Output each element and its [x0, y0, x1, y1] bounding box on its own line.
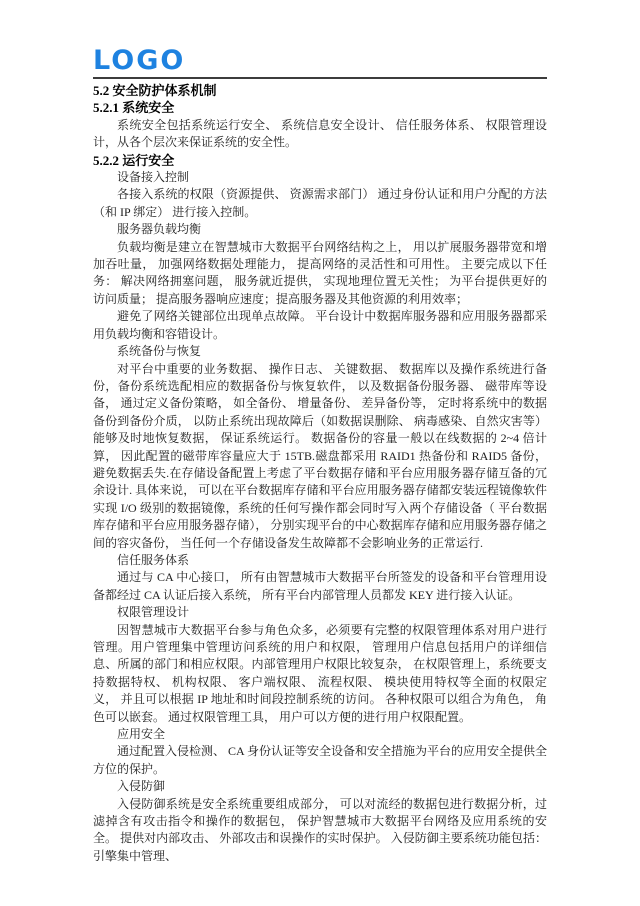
inline-heading: 应用安全 [93, 726, 547, 743]
page-content: LOGO 5.2 安全防护体系机制5.2.1 系统安全系统安全包括系统运行安全、… [93, 46, 547, 865]
inline-heading: 系统备份与恢复 [93, 343, 547, 360]
paragraph: 通过配置入侵检测、 CA 身份认证等安全设备和安全措施为平台的应用安全提供全方位… [93, 743, 547, 778]
section-heading: 5.2 安全防护体系机制 [93, 82, 547, 99]
inline-heading: 服务器负载均衡 [93, 221, 547, 238]
inline-heading: 信任服务体系 [93, 552, 547, 569]
sub-section-heading: 5.2.1 系统安全 [93, 99, 547, 116]
paragraph: 负载均衡是建立在智慧城市大数据平台网络结构之上， 用以扩展服务器带宽和增加吞吐量… [93, 239, 547, 309]
paragraph: 系统安全包括系统运行安全、 系统信息安全设计、 信任服务体系、 权限管理设计，从… [93, 117, 547, 152]
paragraph: 因智慧城市大数据平台参与角色众多，必须要有完整的权限管理体系对用户进行管理。用户… [93, 622, 547, 726]
paragraph: 对平台中重要的业务数据、 操作日志、 关键数据、 数据库以及操作系统进行备份，备… [93, 361, 547, 552]
document-page: LOGO 5.2 安全防护体系机制5.2.1 系统安全系统安全包括系统运行安全、… [0, 0, 640, 906]
sub-section-heading: 5.2.2 运行安全 [93, 152, 547, 169]
inline-heading: 权限管理设计 [93, 604, 547, 621]
document-body: 5.2 安全防护体系机制5.2.1 系统安全系统安全包括系统运行安全、 系统信息… [93, 82, 547, 865]
header-divider [93, 77, 547, 79]
logo: LOGO [93, 46, 547, 75]
inline-heading: 设备接入控制 [93, 169, 547, 186]
paragraph: 通过与 CA 中心接口， 所有由智慧城市大数据平台所签发的设备和平台管理用设备都… [93, 569, 547, 604]
paragraph: 避免了网络关键部位出现单点故障。 平台设计中数据库服务器和应用服务器都采用负载均… [93, 308, 547, 343]
inline-heading: 入侵防御 [93, 778, 547, 795]
paragraph: 入侵防御系统是安全系统重要组成部分， 可以对流经的数据包进行数据分析，过滤掉含有… [93, 796, 547, 866]
paragraph: 各接入系统的权限（资源提供、 资源需求部门） 通过身份认证和用户分配的方法（和 … [93, 186, 547, 221]
